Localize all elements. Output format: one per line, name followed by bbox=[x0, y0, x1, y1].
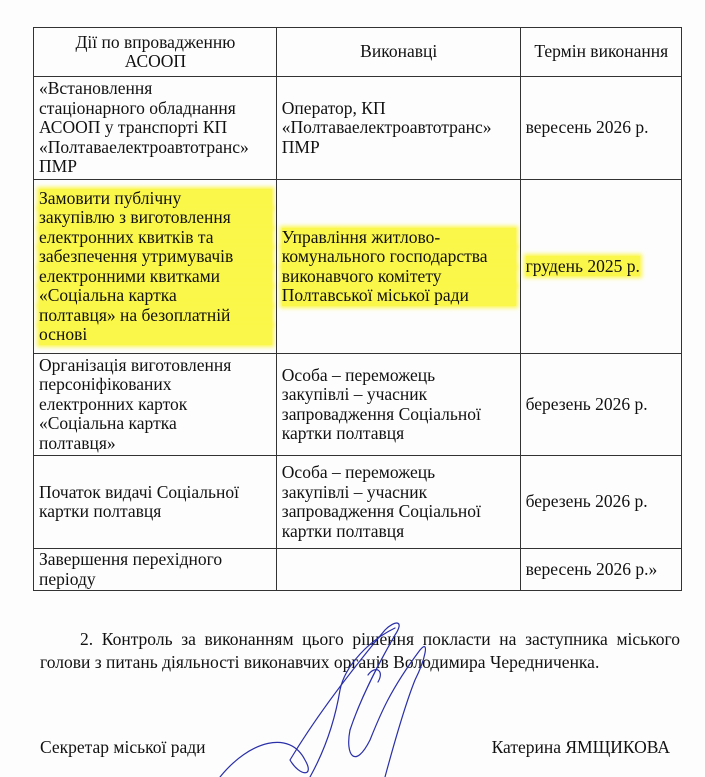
highlight: закупівлю з виготовлення bbox=[39, 208, 272, 228]
executor-cell-line: запровадження Соціальної bbox=[282, 405, 516, 425]
executor-cell: Особа – переможецьзакупівлі – учасникзап… bbox=[276, 456, 520, 549]
action-cell-line: Початок видачі Соціальної bbox=[39, 483, 272, 503]
executor-cell-line: виконавчого комітету bbox=[282, 267, 516, 287]
action-cell-line: стаціонарного обладнання bbox=[39, 99, 272, 119]
highlight: виконавчого комітету bbox=[282, 267, 516, 287]
action-cell-line: періоду bbox=[39, 570, 272, 590]
deadline-text: вересень 2026 р. bbox=[526, 117, 649, 137]
header-actions: Дії по впровадженню АСООП bbox=[34, 28, 277, 77]
deadline-text: березень 2026 р. bbox=[526, 491, 648, 511]
header-actions-line: АСООП bbox=[39, 52, 272, 72]
action-cell-line: АСООП у транспорті КП bbox=[39, 118, 272, 138]
executor-cell bbox=[276, 549, 520, 591]
table-row: Початок видачі Соціальноїкартки полтавця… bbox=[34, 456, 682, 549]
action-cell-line: Організація виготовлення bbox=[39, 356, 272, 376]
action-cell-line: електронних карток bbox=[39, 395, 272, 415]
deadline-cell: вересень 2026 р.» bbox=[520, 549, 681, 591]
executor-cell-line: закупівлі – учасник bbox=[282, 483, 516, 503]
executor-cell-line: закупівлі – учасник bbox=[282, 385, 516, 405]
table-row: Організація виготовленняперсоніфікованих… bbox=[34, 354, 682, 456]
executor-cell: Особа – переможецьзакупівлі – учасникзап… bbox=[276, 354, 520, 456]
executor-cell-line: Управління житлово- bbox=[282, 228, 516, 248]
highlight: електронних квитків та bbox=[39, 228, 272, 248]
executor-cell-line: запровадження Соціальної bbox=[282, 502, 516, 522]
executor-cell-line: ПМР bbox=[282, 138, 516, 158]
deadline-cell: березень 2026 р. bbox=[520, 354, 681, 456]
action-cell-line: закупівлю з виготовлення bbox=[39, 208, 272, 228]
highlight: полтавця» на безоплатній bbox=[39, 306, 272, 326]
highlight: комунального господарства bbox=[282, 247, 516, 267]
executor-cell: Оператор, КП«Полтаваелектроавтотранс»ПМР bbox=[276, 77, 520, 180]
action-cell-line: картки полтавця bbox=[39, 502, 272, 522]
deadline-cell: вересень 2026 р. bbox=[520, 77, 681, 180]
highlight: основі bbox=[39, 325, 272, 345]
header-executors: Виконавці bbox=[276, 28, 520, 77]
action-cell-line: електронних квитків та bbox=[39, 228, 272, 248]
action-cell-line: основі bbox=[39, 325, 272, 345]
action-cell-line: забезпечення утримувачів bbox=[39, 247, 272, 267]
action-cell-line: полтавця» на безоплатній bbox=[39, 306, 272, 326]
deadline-cell: березень 2026 р. bbox=[520, 456, 681, 549]
action-cell-line: електронними квитками bbox=[39, 267, 272, 287]
table-header-row: Дії по впровадженню АСООП Виконавці Терм… bbox=[34, 28, 682, 77]
highlight: електронними квитками bbox=[39, 267, 272, 287]
executor-cell-line: картки полтавця bbox=[282, 424, 516, 444]
executor-cell-line: «Полтаваелектроавтотранс» bbox=[282, 118, 516, 138]
deadline-text: вересень 2026 р.» bbox=[526, 559, 658, 579]
highlight: Полтавської міської ради bbox=[282, 286, 516, 306]
highlight: Замовити публічну bbox=[39, 189, 272, 209]
signatory-position: Секретар міської ради bbox=[40, 737, 206, 758]
deadline-text: березень 2026 р. bbox=[526, 394, 648, 414]
executor-cell-line: Полтавської міської ради bbox=[282, 286, 516, 306]
executor-cell-line: комунального господарства bbox=[282, 247, 516, 267]
table-row: «Встановленнястаціонарного обладнанняАСО… bbox=[34, 77, 682, 180]
executor-cell-line: Особа – переможець bbox=[282, 463, 516, 483]
header-deadline: Термін виконання bbox=[520, 28, 681, 77]
handwritten-signature-icon bbox=[210, 620, 470, 777]
deadline-text: грудень 2025 р. bbox=[526, 256, 640, 276]
table-row: Замовити публічнузакупівлю з виготовленн… bbox=[34, 180, 682, 354]
action-cell: Замовити публічнузакупівлю з виготовленн… bbox=[34, 180, 277, 354]
action-cell-line: «Встановлення bbox=[39, 79, 272, 99]
executor-cell: Управління житлово-комунального господар… bbox=[276, 180, 520, 354]
highlight: Управління житлово- bbox=[282, 228, 516, 248]
executor-cell-line: картки полтавця bbox=[282, 522, 516, 542]
action-cell-line: Замовити публічну bbox=[39, 189, 272, 209]
action-cell-line: ПМР bbox=[39, 157, 272, 177]
action-cell-line: «Полтаваелектроавтотранс» bbox=[39, 138, 272, 158]
signatory-name: Катерина ЯМЩИКОВА bbox=[492, 737, 670, 758]
action-cell-line: «Соціальна картка bbox=[39, 286, 272, 306]
action-cell-line: персоніфікованих bbox=[39, 375, 272, 395]
action-cell: Організація виготовленняперсоніфікованих… bbox=[34, 354, 277, 456]
action-cell-line: полтавця» bbox=[39, 434, 272, 454]
action-cell: Завершення перехідногоперіоду bbox=[34, 549, 277, 591]
table-row: Завершення перехідногоперіодувересень 20… bbox=[34, 549, 682, 591]
header-actions-line: Дії по впровадженню bbox=[39, 33, 272, 53]
action-cell: «Встановленнястаціонарного обладнанняАСО… bbox=[34, 77, 277, 180]
deadline-cell: грудень 2025 р. bbox=[520, 180, 681, 354]
highlight: забезпечення утримувачів bbox=[39, 247, 272, 267]
action-cell-line: Завершення перехідного bbox=[39, 550, 272, 570]
action-cell-line: «Соціальна картка bbox=[39, 414, 272, 434]
executor-cell-line: Оператор, КП bbox=[282, 99, 516, 119]
highlight: «Соціальна картка bbox=[39, 286, 272, 306]
action-cell: Початок видачі Соціальноїкартки полтавця bbox=[34, 456, 277, 549]
implementation-plan-table: Дії по впровадженню АСООП Виконавці Терм… bbox=[33, 27, 682, 591]
executor-cell-line: Особа – переможець bbox=[282, 366, 516, 386]
